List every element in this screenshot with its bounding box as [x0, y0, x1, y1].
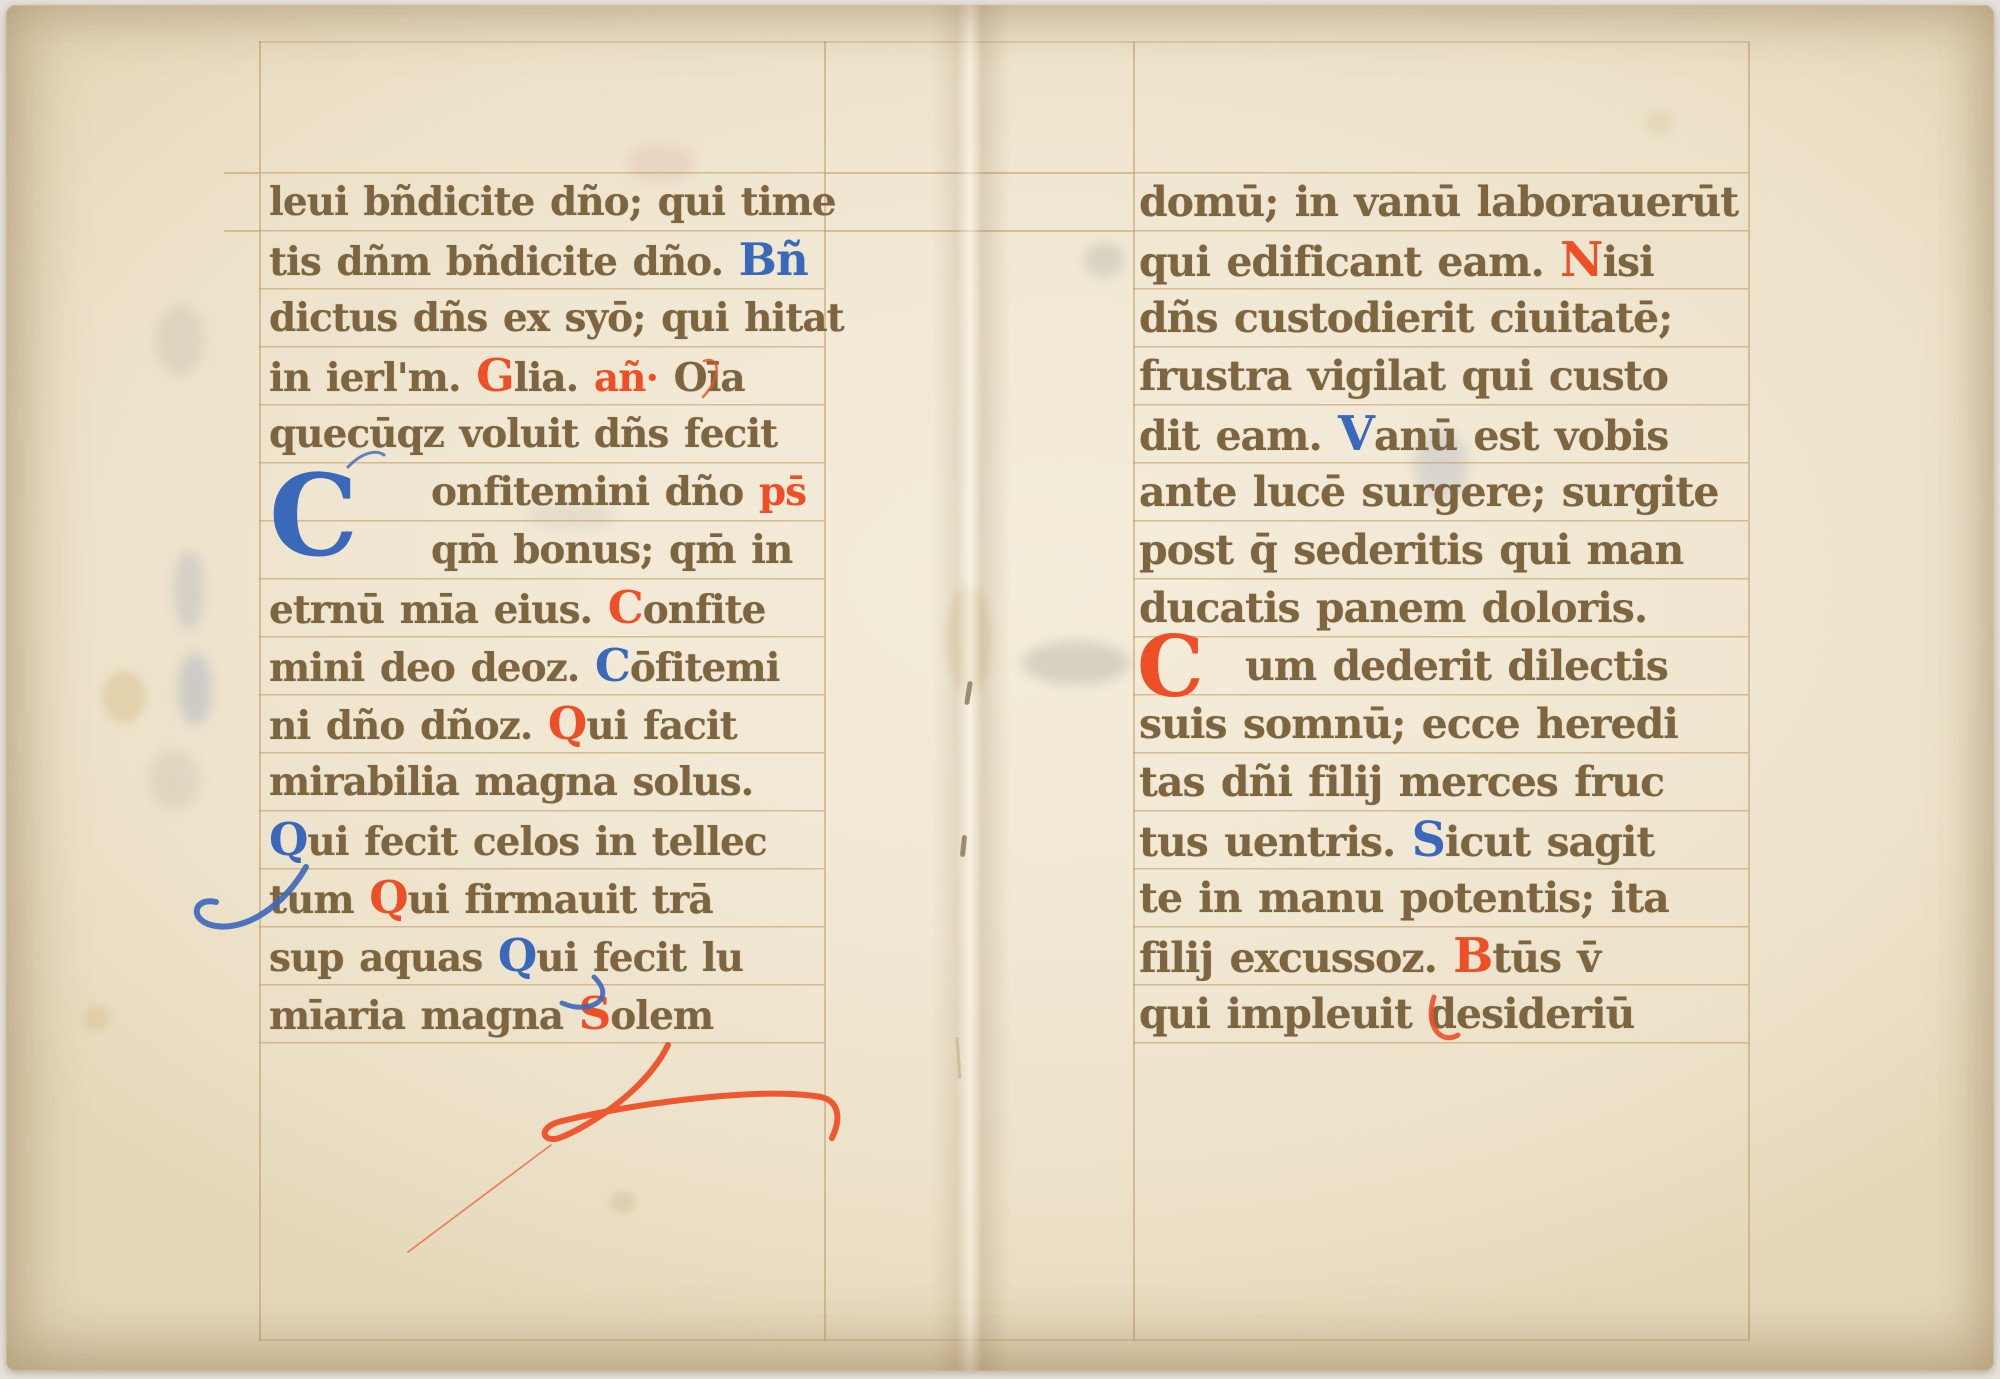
text-segment: dit eam.: [1139, 412, 1338, 460]
text-line: Cum dederit dilectis: [1245, 637, 1668, 695]
colored-initial: S: [1412, 812, 1445, 868]
colored-initial: B: [1453, 928, 1492, 984]
text-segment: te in manu potentis; ita: [1139, 874, 1669, 922]
text-segment: qui impleuit desideriū: [1139, 990, 1634, 1038]
text-line: tus uentris. Sicut sagit: [1139, 811, 1654, 869]
text-segment: ducatis panem doloris.: [1139, 584, 1647, 632]
text-segment: icut sagit: [1445, 818, 1654, 866]
text-segment: tas dñi filij merces fruc: [1139, 758, 1664, 806]
text-line: ducatis panem doloris.: [1139, 579, 1647, 637]
text-segment: tūs v̄: [1492, 934, 1600, 982]
text-line: post q̄ sederitis qui man: [1139, 521, 1683, 579]
text-segment: domū; in vanū laborauerūt: [1139, 178, 1738, 226]
text-line: frustra vigilat qui custo: [1139, 347, 1668, 405]
manuscript-leaf: leui bñdicite dño; qui timetis dñm bñdic…: [6, 5, 1994, 1371]
text-line: domū; in vanū laborauerūt: [1139, 173, 1738, 231]
text-segment: filij excussoz.: [1139, 934, 1453, 982]
text-line: ante lucē surgere; surgite: [1139, 463, 1718, 521]
text-segment: um dederit dilectis: [1245, 642, 1668, 690]
colored-initial: V: [1338, 406, 1374, 462]
text-line: te in manu potentis; ita: [1139, 869, 1669, 927]
text-line: filij excussoz. Btūs v̄: [1139, 927, 1600, 985]
text-line: dit eam. Vanū est vobis: [1139, 405, 1668, 463]
text-line: qui edificant eam. Nisi: [1139, 231, 1654, 289]
text-segment: isi: [1602, 238, 1653, 286]
text-line: suis somnū; ecce heredi: [1139, 695, 1678, 753]
text-line: qui impleuit desideriū: [1139, 985, 1634, 1043]
text-segment: ante lucē surgere; surgite: [1139, 468, 1718, 516]
text-line: tas dñi filij merces fruc: [1139, 753, 1664, 811]
text-line: dñs custodierit ciuitatē;: [1139, 289, 1672, 347]
text-segment: suis somnū; ecce heredi: [1139, 700, 1678, 748]
text-segment: anū est vobis: [1374, 412, 1668, 460]
text-segment: frustra vigilat qui custo: [1139, 352, 1668, 400]
colored-initial: N: [1560, 232, 1602, 288]
text-segment: qui edificant eam.: [1139, 238, 1560, 286]
text-segment: post q̄ sederitis qui man: [1139, 526, 1683, 574]
text-column-right: domū; in vanū laborauerūtqui edificant e…: [6, 5, 1994, 1371]
text-segment: dñs custodierit ciuitatē;: [1139, 294, 1672, 342]
text-segment: tus uentris.: [1139, 818, 1412, 866]
manuscript-photo: leui bñdicite dño; qui timetis dñm bñdic…: [0, 0, 2000, 1379]
